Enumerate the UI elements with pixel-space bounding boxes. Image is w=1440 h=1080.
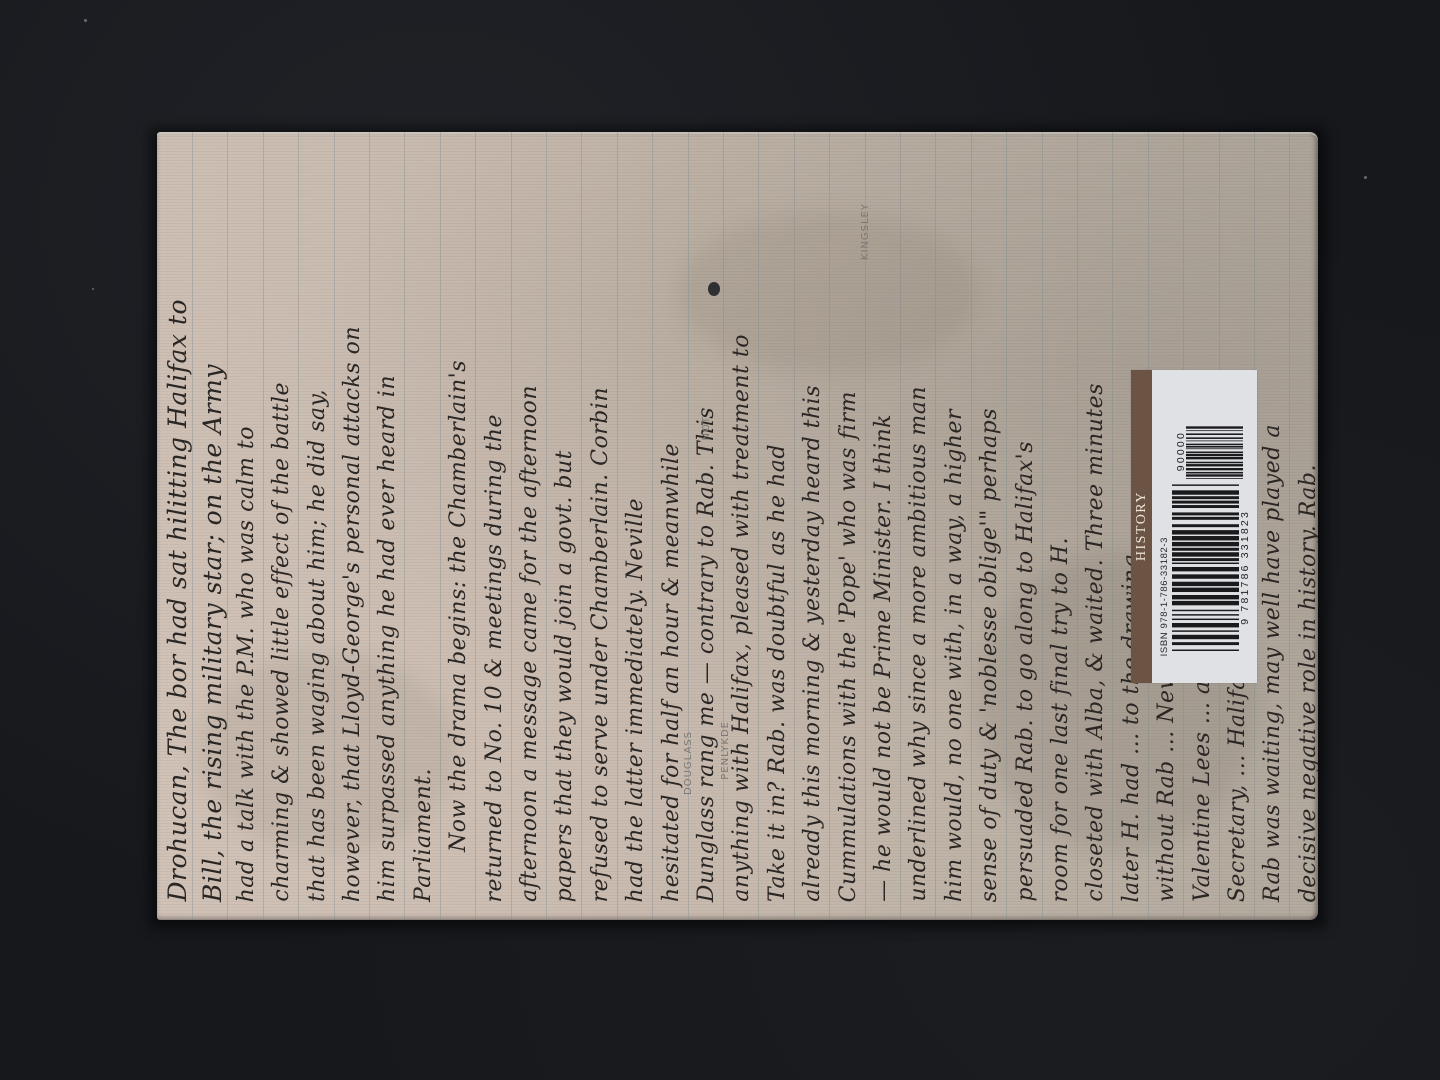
- ruled-line: [227, 132, 228, 920]
- manuscript-line: however, that Lloyd-George's personal at…: [342, 326, 364, 902]
- ruled-line: [723, 132, 724, 920]
- ruled-line: [794, 132, 795, 920]
- addon-digits: 90000: [1175, 424, 1186, 479]
- ruled-line: [263, 132, 264, 920]
- barcode-digits: 9 781786 331823: [1239, 480, 1251, 655]
- manuscript-line: room for one last final try to H.: [1050, 537, 1072, 903]
- manuscript-line: anything with Halifax, pleased with trea…: [731, 334, 753, 902]
- ruled-line: [900, 132, 901, 920]
- manuscript-line: charming & showed little effect of the b…: [271, 382, 293, 902]
- manuscript-line: sense of duty & 'noblesse oblige'" perha…: [979, 408, 1001, 902]
- ink-blot: [708, 282, 720, 296]
- ruled-line: [688, 132, 689, 920]
- manuscript-line: Bill, the rising military star; on the A…: [200, 364, 225, 902]
- category-label: HISTORY: [1134, 491, 1150, 561]
- ruled-line: [1006, 132, 1007, 920]
- manuscript-line: decisive negative role in history. Rab.: [1298, 464, 1318, 902]
- ruled-line: [298, 132, 299, 920]
- isbn-text: ISBN 978-1-786-33182-3: [1159, 482, 1169, 656]
- ruled-line: [617, 132, 618, 920]
- manuscript-line: that has been waging about him; he did s…: [307, 389, 329, 902]
- manuscript-line: Now the drama begins: the Chamberlain's: [448, 360, 470, 852]
- pencil-annotation: KINGSLEY: [861, 203, 871, 260]
- manuscript-line: had a talk with the P.M. who was calm to: [236, 426, 258, 902]
- manuscript-line: already this morning & yesterday heard t…: [802, 385, 824, 902]
- manuscript-line: closeted with Alba, & waited. Three minu…: [1085, 383, 1107, 902]
- manuscript-line: Drohucan, The bor had sat hilitting Hali…: [165, 299, 190, 902]
- ruled-line: [440, 132, 441, 920]
- ean13-barcode-icon: [1172, 480, 1239, 651]
- category-strip-text: HISTORY: [1131, 370, 1152, 683]
- manuscript-line: him would, no one with, in a way, a high…: [944, 409, 966, 902]
- manuscript-line: Cummulations with the 'Pope' who was fir…: [838, 391, 860, 902]
- ruled-line: [971, 132, 972, 920]
- ruled-line: [829, 132, 830, 920]
- ruled-line: [758, 132, 759, 920]
- manuscript-line: Rab was waiting, may well have played a: [1262, 424, 1284, 902]
- barcode-digits-text: 9 781786 331823: [1239, 510, 1251, 625]
- paper-stain: [677, 212, 977, 372]
- manuscript-line: returned to No. 10 & meetings during the: [484, 414, 506, 902]
- manuscript-line: had the latter immediately. Neville: [625, 498, 647, 902]
- dust-speck: [92, 288, 94, 290]
- ruled-line: [935, 132, 936, 920]
- ruled-line: [334, 132, 335, 920]
- ruled-line: [475, 132, 476, 920]
- barcode-label: HISTORY ISBN 978-1-786-33182-3 9 781786 …: [1131, 370, 1257, 683]
- ruled-line: [1112, 132, 1113, 920]
- ruled-line: [404, 132, 405, 920]
- manuscript-line: persuaded Rab. to go along to Halifax's: [1015, 441, 1037, 902]
- ruled-line: [1289, 132, 1290, 920]
- ruled-line: [546, 132, 547, 920]
- ruled-line: [1042, 132, 1043, 920]
- manuscript-line: afternoon a message came for the afterno…: [519, 385, 541, 902]
- ruled-line: [652, 132, 653, 920]
- pencil-annotation: PENLYKDE: [721, 721, 731, 780]
- pencil-annotation: NOT: [702, 416, 712, 440]
- manuscript-line: underlined why since a more ambitious ma…: [908, 386, 930, 902]
- manuscript-line: papers that they would join a govt. but: [554, 450, 576, 902]
- ruled-line: [1077, 132, 1078, 920]
- addon-barcode-icon: [1186, 424, 1243, 479]
- isbn-number: ISBN 978-1-786-33182-3: [1159, 537, 1170, 656]
- manuscript-line: Parliament.: [413, 768, 435, 902]
- manuscript-line: Dunglass rang me — contrary to Rab. This: [696, 407, 718, 902]
- dust-speck: [84, 19, 87, 22]
- ruled-line: [511, 132, 512, 920]
- ruled-line: [369, 132, 370, 920]
- addon-digits-text: 90000: [1175, 431, 1187, 471]
- manuscript-line: him surpassed anything he had ever heard…: [377, 375, 399, 902]
- ruled-line: [192, 132, 193, 920]
- manuscript-line: Take it in? Rab. was doubtful as he had: [767, 444, 789, 902]
- manuscript-line: refused to serve under Chamberlain. Corb…: [590, 387, 612, 902]
- manuscript-line: — he would not be Prime Minister. I thin…: [873, 414, 895, 902]
- pencil-annotation: DOUGLASS: [684, 731, 694, 795]
- manuscript-line: hesitated for half an hour & meanwhile: [661, 443, 683, 902]
- dust-speck: [1364, 176, 1367, 179]
- ruled-line: [581, 132, 582, 920]
